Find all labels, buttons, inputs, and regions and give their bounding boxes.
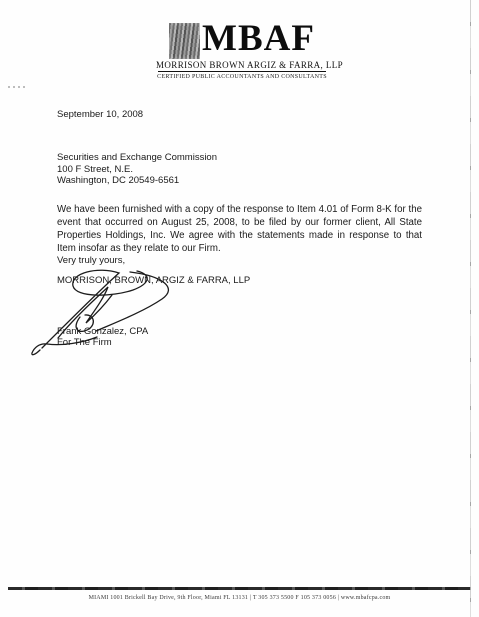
address-line-2: 100 F Street, N.E. xyxy=(57,164,217,176)
recipient-address: Securities and Exchange Commission 100 F… xyxy=(57,152,217,187)
logo-firm-name-line: MORRISON BROWN ARGIZ & FARRA, LLP xyxy=(156,60,328,70)
body-paragraph: We have been furnished with a copy of th… xyxy=(57,203,422,255)
scan-artifact-right-edge xyxy=(470,0,471,617)
signer-name: Frank Gonzalez, CPA xyxy=(57,326,148,337)
footer-contact-line: MIAMI 1001 Brickell Bay Drive, 9th Floor… xyxy=(0,595,479,601)
closing-salutation: Very truly yours, xyxy=(57,255,125,266)
logo-textured-square-icon xyxy=(169,23,200,59)
handwritten-signature xyxy=(0,0,479,617)
logo-rule xyxy=(158,71,326,72)
footer-rule xyxy=(8,587,471,590)
scan-artifact-top-left xyxy=(8,86,28,88)
logo-tagline: CERTIFIED PUBLIC ACCOUNTANTS AND CONSULT… xyxy=(156,74,328,80)
address-line-3: Washington, DC 20549-6561 xyxy=(57,175,217,187)
mbaf-logo: MBAF MORRISON BROWN ARGIZ & FARRA, LLP C… xyxy=(156,19,328,80)
address-line-1: Securities and Exchange Commission xyxy=(57,152,217,164)
letter-date: September 10, 2008 xyxy=(57,109,143,120)
scanned-letter-page: MBAF MORRISON BROWN ARGIZ & FARRA, LLP C… xyxy=(0,0,479,617)
logo-wordmark: MBAF xyxy=(202,19,315,59)
typed-firm-name: MORRISON, BROWN, ARGIZ & FARRA, LLP xyxy=(57,275,250,286)
signer-title: For The Firm xyxy=(57,337,112,348)
